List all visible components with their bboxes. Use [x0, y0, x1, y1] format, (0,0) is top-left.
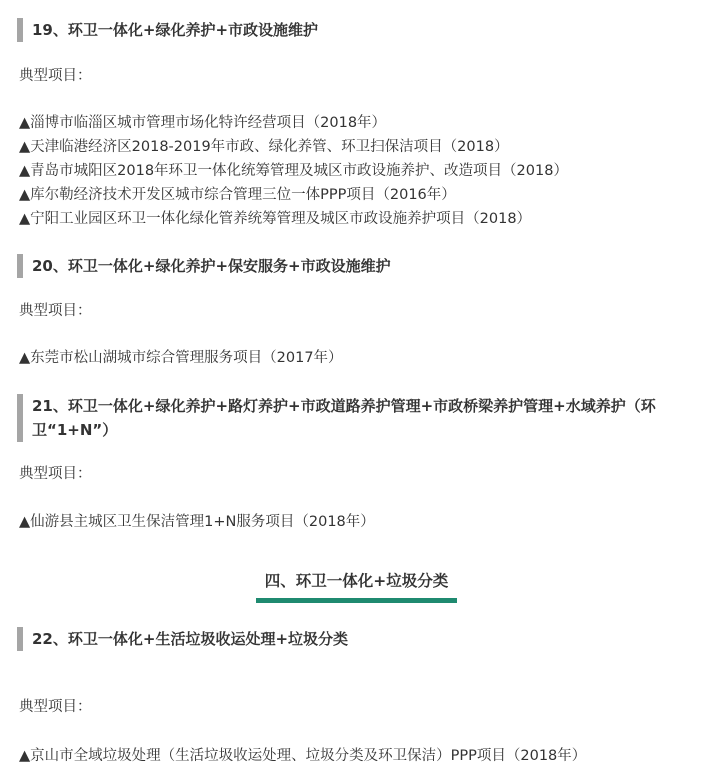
- project-item: ▲天津临港经济区2018-2019年市政、绿化养管、环卫扫保洁项目（2018）: [19, 135, 509, 159]
- project-item: ▲仙游县主城区卫生保洁管理1+N服务项目（2018年）: [19, 510, 375, 534]
- chapter-title-underline: [256, 598, 457, 603]
- project-item: ▲青岛市城阳区2018年环卫一体化统筹管理及城区市政设施养护、改造项目（2018…: [19, 159, 568, 183]
- typical-projects-label: 典型项目：: [19, 65, 92, 87]
- project-item: ▲京山市全域垃圾处理（生活垃圾收运处理、垃圾分类及环卫保洁）PPP项目（2018…: [19, 744, 586, 768]
- section-heading-21: 21、环卫一体化+绿化养护+路灯养护+市政道路养护管理+市政桥梁养护管理+水域养…: [17, 394, 697, 442]
- section-heading-19: 19、环卫一体化+绿化养护+市政设施维护: [17, 18, 697, 42]
- section-heading-20: 20、环卫一体化+绿化养护+保安服务+市政设施维护: [17, 254, 697, 278]
- project-item: ▲淄博市临淄区城市管理市场化特许经营项目（2018年）: [19, 111, 386, 135]
- section-heading-22: 22、环卫一体化+生活垃圾收运处理+垃圾分类: [17, 627, 697, 651]
- project-item: ▲宁阳工业园区环卫一体化绿化管养统筹管理及城区市政设施养护项目（2018）: [19, 207, 531, 231]
- chapter-title: 四、环卫一体化+垃圾分类: [256, 568, 457, 594]
- typical-projects-label: 典型项目：: [19, 696, 92, 718]
- project-item: ▲东莞市松山湖城市综合管理服务项目（2017年）: [19, 346, 343, 370]
- typical-projects-label: 典型项目：: [19, 300, 92, 322]
- typical-projects-label: 典型项目：: [19, 463, 92, 485]
- project-item: ▲库尔勒经济技术开发区城市综合管理三位一体PPP项目（2016年）: [19, 183, 456, 207]
